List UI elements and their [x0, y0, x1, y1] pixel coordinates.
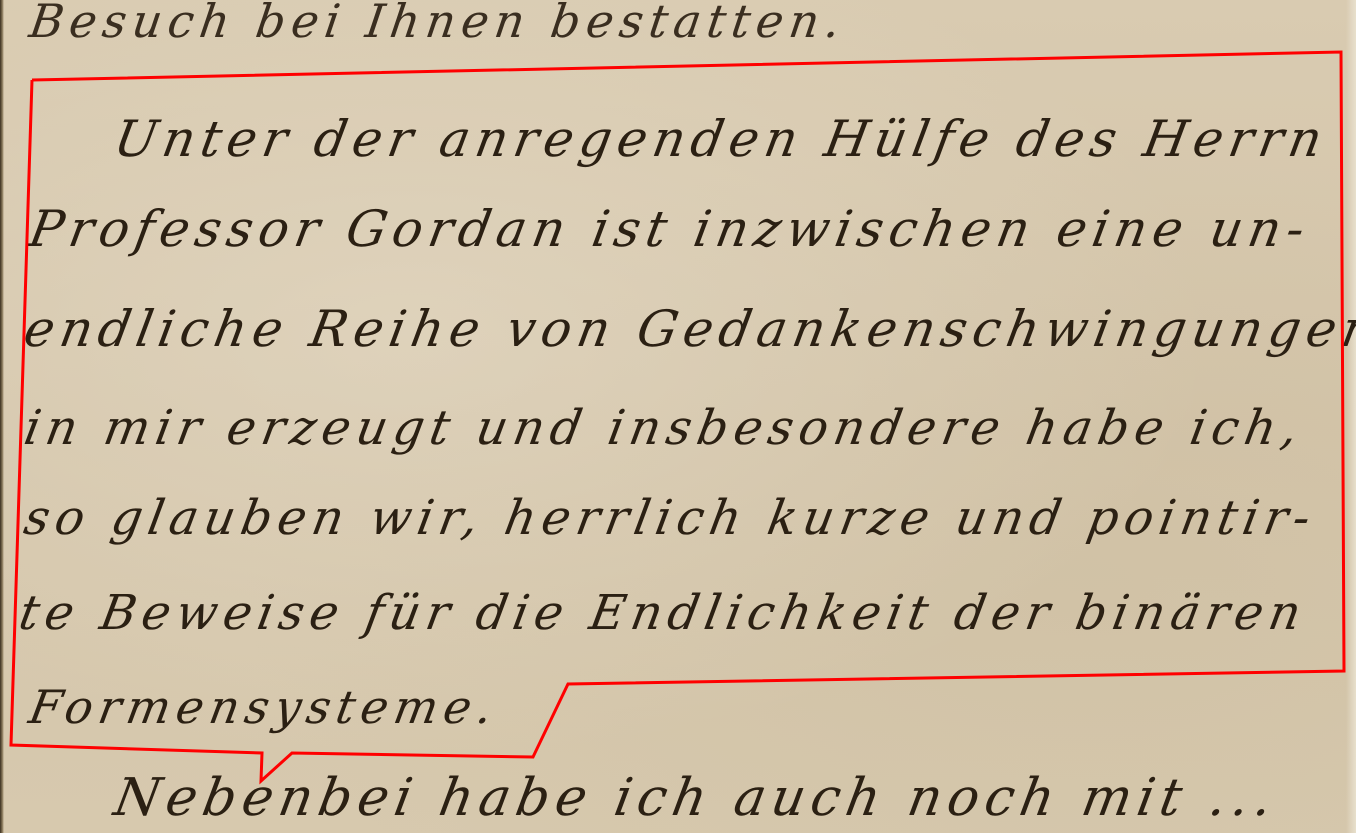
page-left-edge [0, 0, 4, 833]
text-line-3: endliche Reihe von Gedankenschwingungen [20, 300, 1356, 358]
text-line-7: Formensysteme. [25, 680, 502, 734]
text-line-4: in mir erzeugt und insbesondere habe ich… [20, 400, 1308, 456]
text-line-2: Professor Gordan ist inzwischen eine un- [25, 200, 1315, 258]
text-line-1: Unter der anregenden Hülfe des Herrn [110, 110, 1333, 168]
text-line-6: te Beweise für die Endlichkeit der binär… [15, 585, 1311, 641]
text-line-5: so glauben wir, herrlich kurze und point… [20, 490, 1321, 546]
page-right-edge [1346, 0, 1356, 833]
text-line-previous: Besuch bei Ihnen bestatten. [26, 0, 849, 48]
text-line-next: Nebenbei habe ich auch noch mit ... [110, 768, 1283, 828]
